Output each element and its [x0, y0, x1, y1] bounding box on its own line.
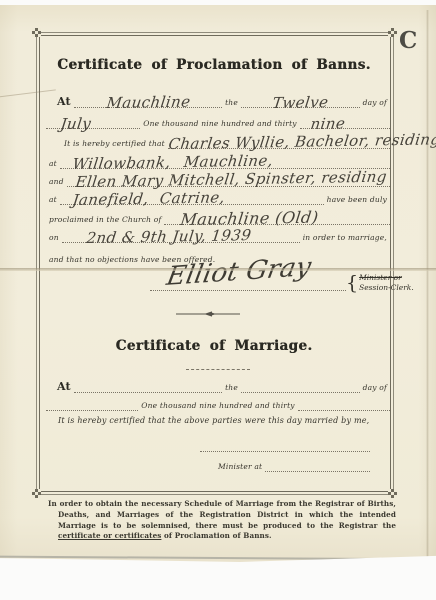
scanned-certificate-page: C Certificate of Proclamation of Banns. … [0, 0, 436, 600]
banns-row-at: At Mauchline the Twelve day of [46, 92, 390, 108]
certified-label: It is hereby certified that [46, 139, 168, 149]
place-line: Mauchline [74, 91, 222, 108]
marriage-row-year: One thousand nine hundred and thirty [46, 395, 390, 411]
fold-crease-vertical [426, 10, 429, 566]
party1-address-line: Willowbank, Mauchline, [60, 152, 390, 169]
month-line: July [46, 112, 140, 129]
series-letter: C [399, 27, 417, 54]
day-line: Twelve [241, 91, 360, 108]
marriage-day-of-label: day of [360, 383, 390, 393]
paper-bottom-edge [0, 556, 436, 561]
party2-address-line: Janefield, Catrine, [60, 188, 324, 205]
at-label: At [54, 95, 74, 108]
at2-label: at [46, 159, 60, 169]
minister-place-line [265, 455, 370, 472]
party1-line: Charles Wyllie, Bachelor, residing [168, 132, 390, 149]
hw-church: Mauchline (Old) [180, 214, 319, 224]
paper-sheet: C Certificate of Proclamation of Banns. … [0, 5, 436, 562]
hw-dates: 2nd & 9th July, 1939 [86, 232, 252, 242]
brace-glyph: { [346, 274, 358, 293]
hw-day: Twelve [272, 99, 329, 107]
marriage-certified-label: It is hereby certified that the above pa… [46, 416, 372, 426]
footnote-text-before: In order to obtain the necessary Schedul… [48, 499, 396, 530]
year-prefix-label: One thousand nine hundred and thirty [140, 119, 299, 129]
church-label: proclaimed in the Church of [46, 215, 164, 225]
marriage-place-line [74, 376, 222, 393]
fold-crease-horizontal [0, 268, 436, 271]
marriage-row-certified: It is hereby certified that the above pa… [46, 410, 390, 426]
signatory-role: { Minister or Session-Clerk. [346, 273, 414, 293]
corner-ornament-icon [388, 28, 397, 37]
marriage-at-label: At [54, 380, 74, 393]
marriage-title: Certificate of Marriage. [36, 338, 392, 354]
corner-ornament-icon [32, 28, 41, 37]
corner-ornament-icon [32, 489, 41, 498]
divider-arrow-icon [176, 309, 240, 319]
hw-party1: Charles Wyllie, Bachelor, residing [168, 136, 436, 148]
day-of-label: day of [360, 98, 390, 108]
minister-at-label: Minister at [215, 462, 265, 472]
marriage-row-minister: Minister at [215, 456, 370, 472]
banns-row-year: July One thousand nine hundred and thirt… [46, 113, 390, 129]
corner-ornament-icon [388, 489, 397, 498]
hw-month: July [60, 120, 92, 128]
hw-year: nine [310, 120, 346, 128]
marriage-day-line [241, 376, 360, 393]
hw-party2-address: Janefield, Catrine, [72, 194, 225, 204]
church-line: Mauchline (Old) [164, 208, 390, 225]
banns-row-party2-address: at Janefield, Catrine, have been duly [46, 189, 390, 205]
minister-or-label: Minister or [359, 273, 414, 283]
marriage-the-label: the [222, 383, 241, 393]
footnote: In order to obtain the necessary Schedul… [48, 499, 396, 542]
banns-row-party1-address: at Willowbank, Mauchline, [46, 153, 390, 169]
marriage-year-line [298, 394, 390, 411]
banns-row-church: proclaimed in the Church of Mauchline (O… [46, 209, 390, 225]
banns-row-party1: It is hereby certified that Charles Wyll… [46, 133, 390, 149]
banns-row-party2: and Ellen Mary Mitchell, Spinster, resid… [46, 171, 390, 187]
hw-place: Mauchline [106, 98, 191, 107]
hw-party1-address: Willowbank, Mauchline, [72, 157, 273, 168]
footnote-text-after: of Proclamation of Banns. [161, 531, 271, 540]
session-clerk-label: Session-Clerk. [359, 283, 414, 293]
duly-label: have been duly [324, 195, 390, 205]
marriage-row-at: At the day of [46, 377, 390, 393]
dates-line: 2nd & 9th July, 1939 [62, 226, 300, 243]
year-line: nine [300, 112, 390, 129]
minister-signature-line [200, 451, 370, 452]
footnote-underlined: certificate or certificates [58, 531, 161, 540]
on-label: on [46, 233, 62, 243]
at3-label: at [46, 195, 60, 205]
and-label: and [46, 177, 67, 187]
signature-line [150, 290, 346, 291]
party2-line: Ellen Mary Mitchell, Spinster, residing [67, 170, 390, 187]
banns-title: Certificate of Proclamation of Banns. [36, 57, 392, 73]
banns-row-dates: on 2nd & 9th July, 1939 in order to marr… [46, 227, 390, 243]
order-label: in order to marriage, [300, 233, 390, 243]
hw-party2: Ellen Mary Mitchell, Spinster, residing [75, 173, 387, 186]
title-underline-rule [186, 369, 250, 370]
the-label: the [222, 98, 241, 108]
marriage-month-line [46, 394, 138, 411]
